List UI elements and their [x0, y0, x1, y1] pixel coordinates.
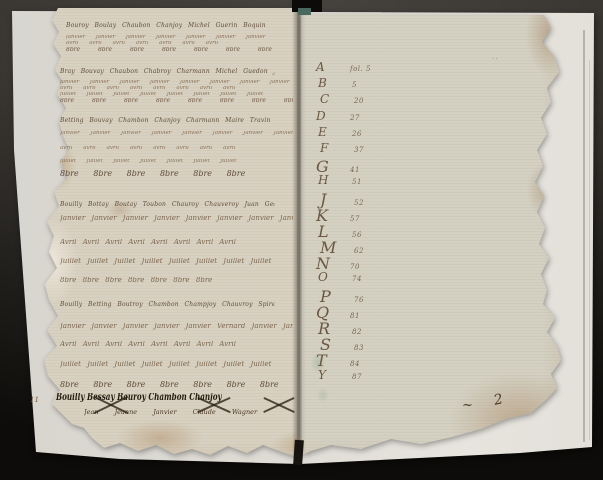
index-letter: B	[318, 76, 352, 90]
index-folio: 26	[352, 130, 362, 138]
index-letter: H	[318, 173, 352, 187]
index-entry: O74	[318, 270, 373, 286]
index-folio: 5	[352, 81, 357, 89]
index-entry: T84	[316, 351, 371, 367]
index-letter: C	[320, 92, 354, 106]
index-entry: H51	[318, 173, 373, 189]
index-entry: G41	[316, 157, 371, 173]
manuscript-scan: Bouroy Boulay Chaubon Chanjoy Michel Gue…	[0, 0, 603, 480]
right-page-handwriting: Afol. 5B5C20D27E26F37G41H51J52K57L56M62N…	[0, 0, 603, 480]
ink-mark: · ·	[492, 56, 498, 63]
index-entry: B5	[318, 76, 373, 92]
index-entry: R82	[318, 319, 373, 335]
alphabetical-index: Afol. 5B5C20D27E26F37G41H51J52K57L56M62N…	[318, 60, 373, 384]
index-folio: 51	[352, 178, 362, 186]
index-entry: Afol. 5	[316, 60, 371, 76]
index-entry: N70	[316, 254, 371, 270]
index-letter: A	[316, 60, 350, 74]
ink-mark: ~	[462, 398, 473, 413]
ink-mark: 2	[492, 391, 504, 409]
index-entry: P76	[320, 287, 375, 303]
index-folio: 37	[354, 146, 364, 154]
index-entry: M62	[320, 238, 375, 254]
index-entry: D27	[316, 109, 371, 125]
index-entry: C20	[320, 92, 375, 108]
index-letter: Y	[318, 368, 352, 382]
index-folio: 87	[352, 373, 362, 381]
index-letter: O	[318, 270, 352, 284]
index-folio: 27	[350, 114, 360, 122]
index-letter: D	[316, 109, 350, 123]
index-letter: F	[320, 141, 354, 155]
index-letter: E	[318, 125, 352, 139]
index-entry: L56	[318, 222, 373, 238]
index-entry: F37	[320, 141, 375, 157]
index-folio: 74	[352, 275, 362, 283]
index-entry: J52	[320, 190, 375, 206]
index-folio: 20	[354, 97, 364, 105]
index-entry: E26	[318, 125, 373, 141]
index-entry: Y87	[318, 368, 373, 384]
index-entry: K57	[316, 206, 371, 222]
index-folio: fol. 5	[350, 65, 371, 73]
index-entry: Q81	[316, 303, 371, 319]
index-entry: S83	[320, 335, 375, 351]
